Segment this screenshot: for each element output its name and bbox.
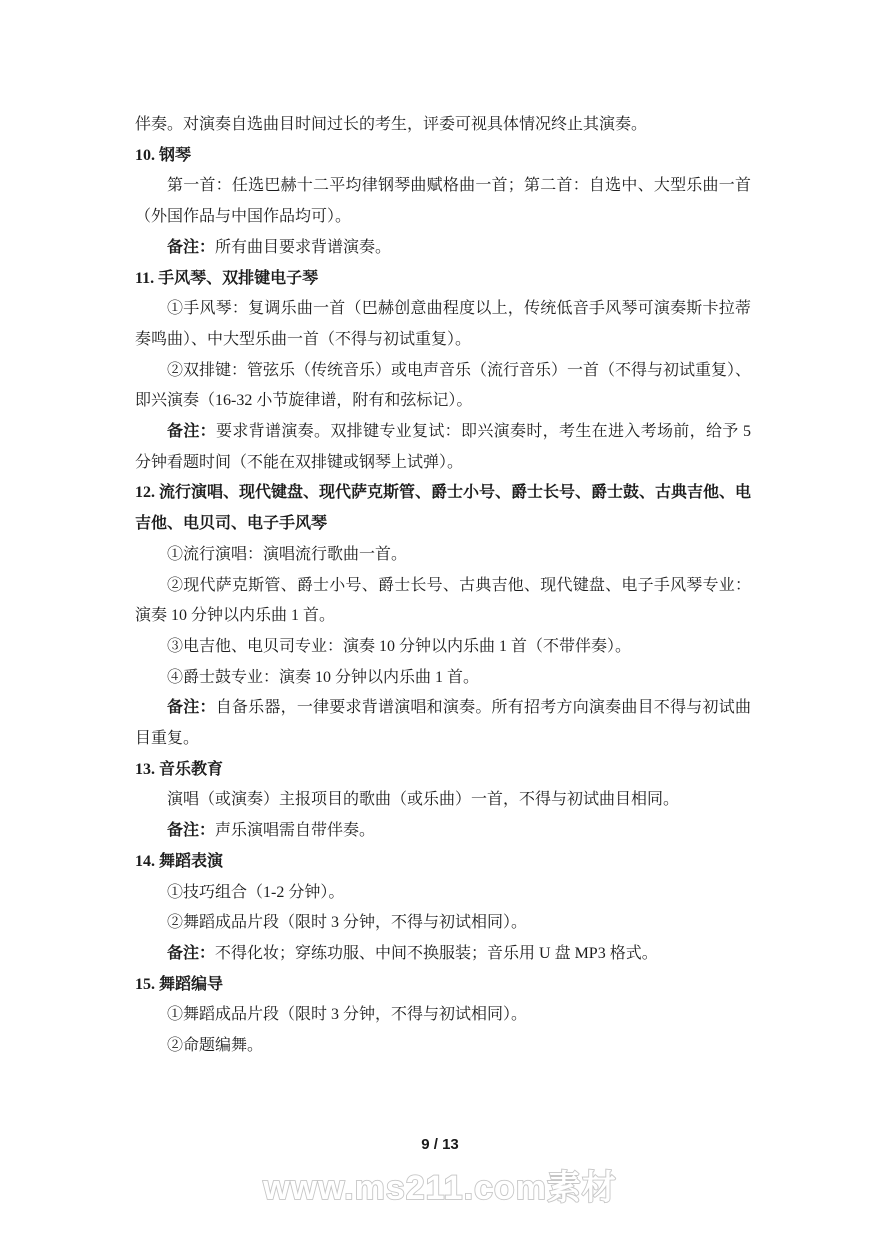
section-heading: 13. 音乐教育 xyxy=(135,755,751,786)
page-indicator: 9 / 13 xyxy=(421,1136,459,1153)
note-paragraph: 备注：不得化妆；穿练功服、中间不换服装；音乐用 U 盘 MP3 格式。 xyxy=(135,939,751,970)
section-heading: 10. 钢琴 xyxy=(135,141,751,172)
note-paragraph: 备注：所有曲目要求背谱演奏。 xyxy=(135,233,751,264)
paragraph: ①技巧组合（1-2 分钟）。 xyxy=(135,878,751,909)
section-heading: 12. 流行演唱、现代键盘、现代萨克斯管、爵士小号、爵士长号、爵士鼓、古典吉他、… xyxy=(135,478,751,539)
paragraph: ④爵士鼓专业：演奏 10 分钟以内乐曲 1 首。 xyxy=(135,663,751,694)
paragraph: ①手风琴：复调乐曲一首（巴赫创意曲程度以上，传统低音手风琴可演奏斯卡拉蒂奏鸣曲）… xyxy=(135,294,751,355)
paragraph: ①流行演唱：演唱流行歌曲一首。 xyxy=(135,540,751,571)
note-label: 备注： xyxy=(167,423,216,440)
paragraph: ②双排键：管弦乐（传统音乐）或电声音乐（流行音乐）一首（不得与初试重复）、即兴演… xyxy=(135,356,751,417)
paragraph: 演唱（或演奏）主报项目的歌曲（或乐曲）一首，不得与初试曲目相同。 xyxy=(135,785,751,816)
note-label: 备注： xyxy=(167,822,215,839)
paragraph: ②现代萨克斯管、爵士小号、爵士长号、古典吉他、现代键盘、电子手风琴专业：演奏 1… xyxy=(135,571,751,632)
paragraph: ①舞蹈成品片段（限时 3 分钟，不得与初试相同）。 xyxy=(135,1000,751,1031)
paragraph: 伴奏。对演奏自选曲目时间过长的考生，评委可视具体情况终止其演奏。 xyxy=(135,110,751,141)
document-page: 伴奏。对演奏自选曲目时间过长的考生，评委可视具体情况终止其演奏。10. 钢琴第一… xyxy=(0,0,880,1244)
paragraph: ③电吉他、电贝司专业：演奏 10 分钟以内乐曲 1 首（不带伴奏）。 xyxy=(135,632,751,663)
section-heading: 15. 舞蹈编导 xyxy=(135,970,751,1001)
note-label: 备注： xyxy=(167,945,215,962)
section-heading: 14. 舞蹈表演 xyxy=(135,847,751,878)
document-body: 伴奏。对演奏自选曲目时间过长的考生，评委可视具体情况终止其演奏。10. 钢琴第一… xyxy=(135,110,751,1062)
page-footer: 9 / 13 xyxy=(0,1136,880,1154)
note-label: 备注： xyxy=(167,699,216,716)
paragraph: 第一首：任选巴赫十二平均律钢琴曲赋格曲一首；第二首：自选中、大型乐曲一首（外国作… xyxy=(135,171,751,232)
paragraph: ②命题编舞。 xyxy=(135,1031,751,1062)
note-paragraph: 备注：自备乐器，一律要求背谱演唱和演奏。所有招考方向演奏曲目不得与初试曲目重复。 xyxy=(135,693,751,754)
paragraph: ②舞蹈成品片段（限时 3 分钟，不得与初试相同）。 xyxy=(135,908,751,939)
note-paragraph: 备注：要求背谱演奏。双排键专业复试：即兴演奏时，考生在进入考场前，给予 5 分钟… xyxy=(135,417,751,478)
watermark: www.ms211.com素材 xyxy=(0,1160,880,1209)
section-heading: 11. 手风琴、双排键电子琴 xyxy=(135,264,751,295)
note-label: 备注： xyxy=(167,239,215,256)
note-paragraph: 备注：声乐演唱需自带伴奏。 xyxy=(135,816,751,847)
